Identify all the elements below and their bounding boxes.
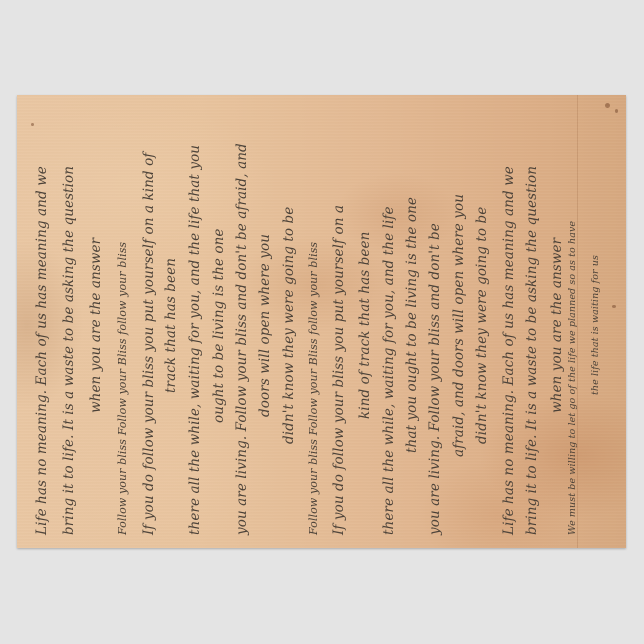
text-line: kind of track that has been bbox=[359, 231, 373, 418]
stain-right-edge bbox=[612, 305, 616, 308]
text-line: the life that is waiting for us bbox=[591, 255, 601, 395]
text-line: Follow your bliss Follow your Bliss foll… bbox=[117, 242, 128, 535]
text-line: ought to be living is the one bbox=[213, 228, 227, 423]
text-line: afraid, and doors will open where you bbox=[453, 193, 467, 456]
text-line: doors will open where you bbox=[259, 233, 273, 416]
text-line: when you are the answer bbox=[90, 237, 104, 412]
text-line: track that has been bbox=[165, 257, 179, 392]
text-line: If you do follow your bliss you put your… bbox=[143, 153, 157, 535]
parchment-paper: Life has no meaning. Each of us has mean… bbox=[17, 95, 626, 548]
text-line: you are living. Follow your bliss and do… bbox=[429, 223, 443, 535]
text-line: Follow your bliss Follow your Bliss foll… bbox=[308, 242, 319, 535]
text-line: there all the while, waiting for you, an… bbox=[383, 206, 397, 535]
text-line: bring it to life. It is a waste to be as… bbox=[526, 166, 540, 535]
stain-top-right-2 bbox=[615, 109, 618, 113]
text-line: that you ought to be living is the one bbox=[406, 197, 420, 453]
stain-top-left bbox=[31, 123, 34, 126]
text-line: Life has no meaning. Each of us has mean… bbox=[36, 166, 50, 535]
text-line: We must be willing to let go of the life… bbox=[568, 221, 578, 535]
text-line: Life has no meaning. Each of us has mean… bbox=[503, 166, 517, 535]
text-line: bring it to life. It is a waste to be as… bbox=[63, 166, 77, 535]
text-line: If you do follow your bliss you put your… bbox=[333, 205, 347, 535]
canvas: Life has no meaning. Each of us has mean… bbox=[0, 0, 644, 644]
text-line: you are living. Follow your bliss and do… bbox=[236, 143, 250, 535]
stain-top-right bbox=[605, 103, 610, 108]
text-line: didn't know they were going to be bbox=[476, 206, 490, 443]
text-line: when you are the answer bbox=[551, 237, 565, 412]
text-line: didn't know they were going to be bbox=[283, 206, 297, 443]
text-line: there all the while, waiting for you, an… bbox=[189, 145, 203, 535]
